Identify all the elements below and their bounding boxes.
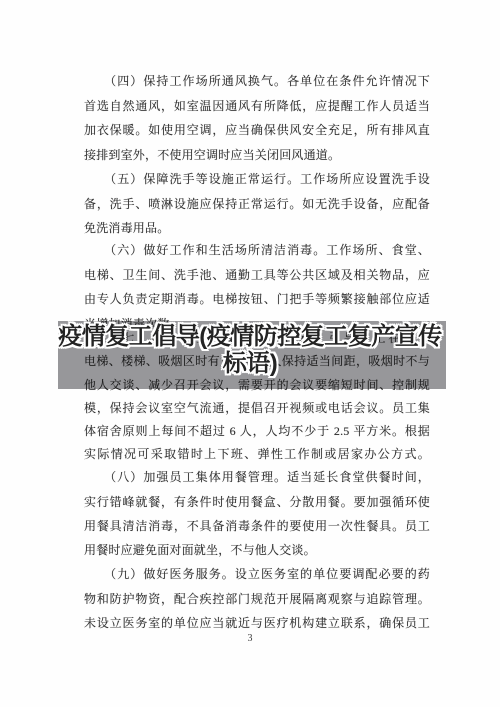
page-number: 3 — [240, 633, 260, 644]
text-line: （六）做好工作和生活场所清洁消毒。工作场所、食堂、 — [84, 242, 430, 259]
text-line: （八）加强员工集体用餐管理。适当延长食堂供餐时间， — [84, 469, 430, 486]
text-line: 模，保持会议室空气流通，提倡召开视频或电话会议。员工集 — [84, 400, 430, 417]
title-line-1: 疫情复工倡导(疫情防控复工复产宣传 — [0, 323, 500, 350]
text-line: 首选自然通风，如室温因通风有所降低，应提醒工作人员适当 — [84, 98, 430, 115]
text-line: 用餐具清洁消毒，不具备消毒条件的要使用一次性餐具。员工 — [84, 518, 430, 535]
text-line: （四）保持工作场所通风换气。各单位在条件允许情况下 — [84, 73, 430, 90]
title-line-2: 标语) — [0, 350, 500, 377]
text-line: 体宿舍原则上每间不超过 6 人，人均不少于 2.5 平方米。根据 — [84, 423, 430, 440]
overlay-title: 疫情复工倡导(疫情防控复工复产宣传 标语) — [0, 323, 500, 377]
text-line: 加衣保暖。如使用空调，应当确保供风安全充足，所有排风直 — [84, 122, 430, 139]
text-line: 实际情况可采取错时上下班、弹性工作制或居家办公方式。 — [84, 446, 430, 463]
document-page: （四）保持工作场所通风换气。各单位在条件允许情况下首选自然通风，如室温因通风有所… — [0, 0, 500, 707]
text-line: 用餐时应避免面对面就坐，不与他人交谈。 — [84, 542, 430, 559]
text-line: 免洗消毒用品。 — [84, 220, 430, 237]
text-line: （五）保障洗手等设施正常运行。工作场所应设置洗手设 — [84, 171, 430, 188]
text-line: 接排到室外，不使用空调时应当关闭回风通道。 — [84, 147, 430, 164]
text-line: 实行错峰就餐，有条件时使用餐盒、分散用餐。要加强循环使 — [84, 494, 430, 511]
text-line: 未设立医务室的单位应当就近与医疗机构建立联系，确保员工 — [84, 615, 430, 632]
text-line: （九）做好医务服务。设立医务室的单位要调配必要的药 — [84, 566, 430, 583]
text-line: 电梯、卫生间、洗手池、通勤工具等公共区域及相关物品，应 — [84, 267, 430, 284]
text-line: 备，洗手、喷淋设施应保持正常运行。如无洗手设备，应配备 — [84, 196, 430, 213]
text-line: 由专人负责定期消毒。电梯按钮、门把手等频繁接触部位应适 — [84, 291, 430, 308]
text-line: 物和防护物资，配合疾控部门规范开展隔离观察与追踪管理。 — [84, 591, 430, 608]
